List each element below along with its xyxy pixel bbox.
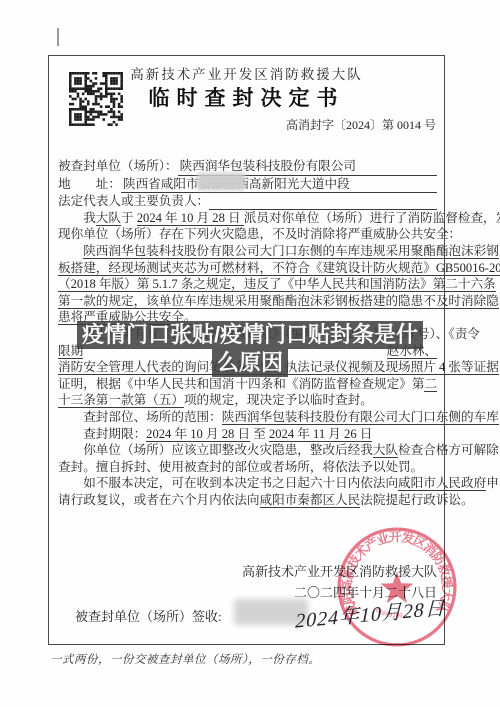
field-underline: [352, 176, 437, 194]
body-line: 证明，根据《中华人民共和国消十四条和《消防监督检查规定》第二: [58, 376, 437, 393]
official-red-seal: 咸阳高新技术产业开发区消防救援大队 61049100: [334, 524, 460, 650]
body-line: 如不服本决定，可在收到本决定书之日起六十日内依法向咸阳市人民政府申: [58, 475, 437, 492]
scan-artifact-mark: [57, 28, 59, 46]
field-address: 地 址：陕西省咸阳市秦都区西高新阳光大道中段: [58, 176, 437, 194]
copies-note: 一式两份，一份交被查封单位（场所），一份存档。: [50, 651, 320, 667]
issuing-authority: 高新技术产业开发区消防救援大队: [49, 63, 444, 83]
field-underline: [358, 158, 437, 176]
document-title: 临时查封决定书: [49, 82, 444, 112]
document-number: 高消封字〔2024〕第 0014 号: [286, 116, 436, 133]
field-label: 法定代表人或主要负责人：: [58, 193, 209, 210]
body-line: 查封部位、场所的范围：陕西润华包装科技股份有限公司大门口东侧的车库: [58, 409, 437, 426]
field-underline: [209, 193, 437, 210]
svg-text:61049100: 61049100: [374, 607, 404, 620]
body-line: 板搭建，经现场测试夹芯为可燃材料，不符合《建筑设计防火规范》GB50016-20…: [58, 260, 437, 277]
field-legal-rep: 法定代表人或主要负责人：: [58, 193, 437, 210]
body-line: 陕西润华包装科技股份有限公司大门口东侧的车库违规采用聚酯酯泡沫彩钢: [58, 243, 437, 260]
body-line: 我大队于 2024 年 10 月 28 日 派员对你单位（场所）进行了消防监督检…: [58, 210, 437, 227]
field-label: 地 址：: [58, 176, 121, 194]
field-label: 被查封单位（场所）：: [58, 158, 178, 176]
scanned-document-page: 高新技术产业开发区消防救援大队 临时查封决定书 高消封字〔2024〕第 0014…: [0, 0, 500, 707]
body-line: 查封。擅自拆封、使用被查封的部位或者场所，将依法予以处罚。: [58, 459, 437, 476]
body-line: （2018 年版）第 5.1.7 条之规定，违反了《中华人民共和国消防法》第二十…: [58, 276, 437, 293]
field-sealed-unit: 被查封单位（场所）：陕西润华包装科技股份有限公司: [58, 158, 437, 176]
body-line: 查封期限：2024 年 10 月 28 日 至 2024 年 11 月 26 日: [58, 426, 437, 443]
overlay-line1: 疫情门口张贴/疫情门口贴封条是什: [77, 321, 423, 349]
watermark-overlay-text: 疫情门口张贴/疫情门口贴封条是什 么原因: [0, 321, 500, 377]
body-line: 第一款的规定，该单位车库违规采用聚酯酯泡沫彩钢板搭建的隐患不及时消除隐: [58, 293, 437, 310]
receipt-line: 被查封单位（场所）签收:: [75, 606, 222, 625]
overlay-line2: 么原因: [212, 349, 288, 377]
body-line: 十三条第一款第（五）项的规定，现决定予以临时查封。: [58, 392, 437, 409]
redaction-blur-legal-rep: [197, 173, 245, 190]
body-line: 请行政复议，或者在六个月内依法向咸阳市秦都区人民法院提起行政诉讼。: [58, 492, 437, 509]
body-line: 现你单位（场所）存在下列火灾隐患，不及时消除将严重威胁公共安全：: [58, 226, 437, 243]
seal-star-icon: [381, 572, 414, 603]
body-line: 你单位（场所）应该立即整改火灾隐患，整改后经我大队检查合格方可解除: [58, 442, 437, 459]
